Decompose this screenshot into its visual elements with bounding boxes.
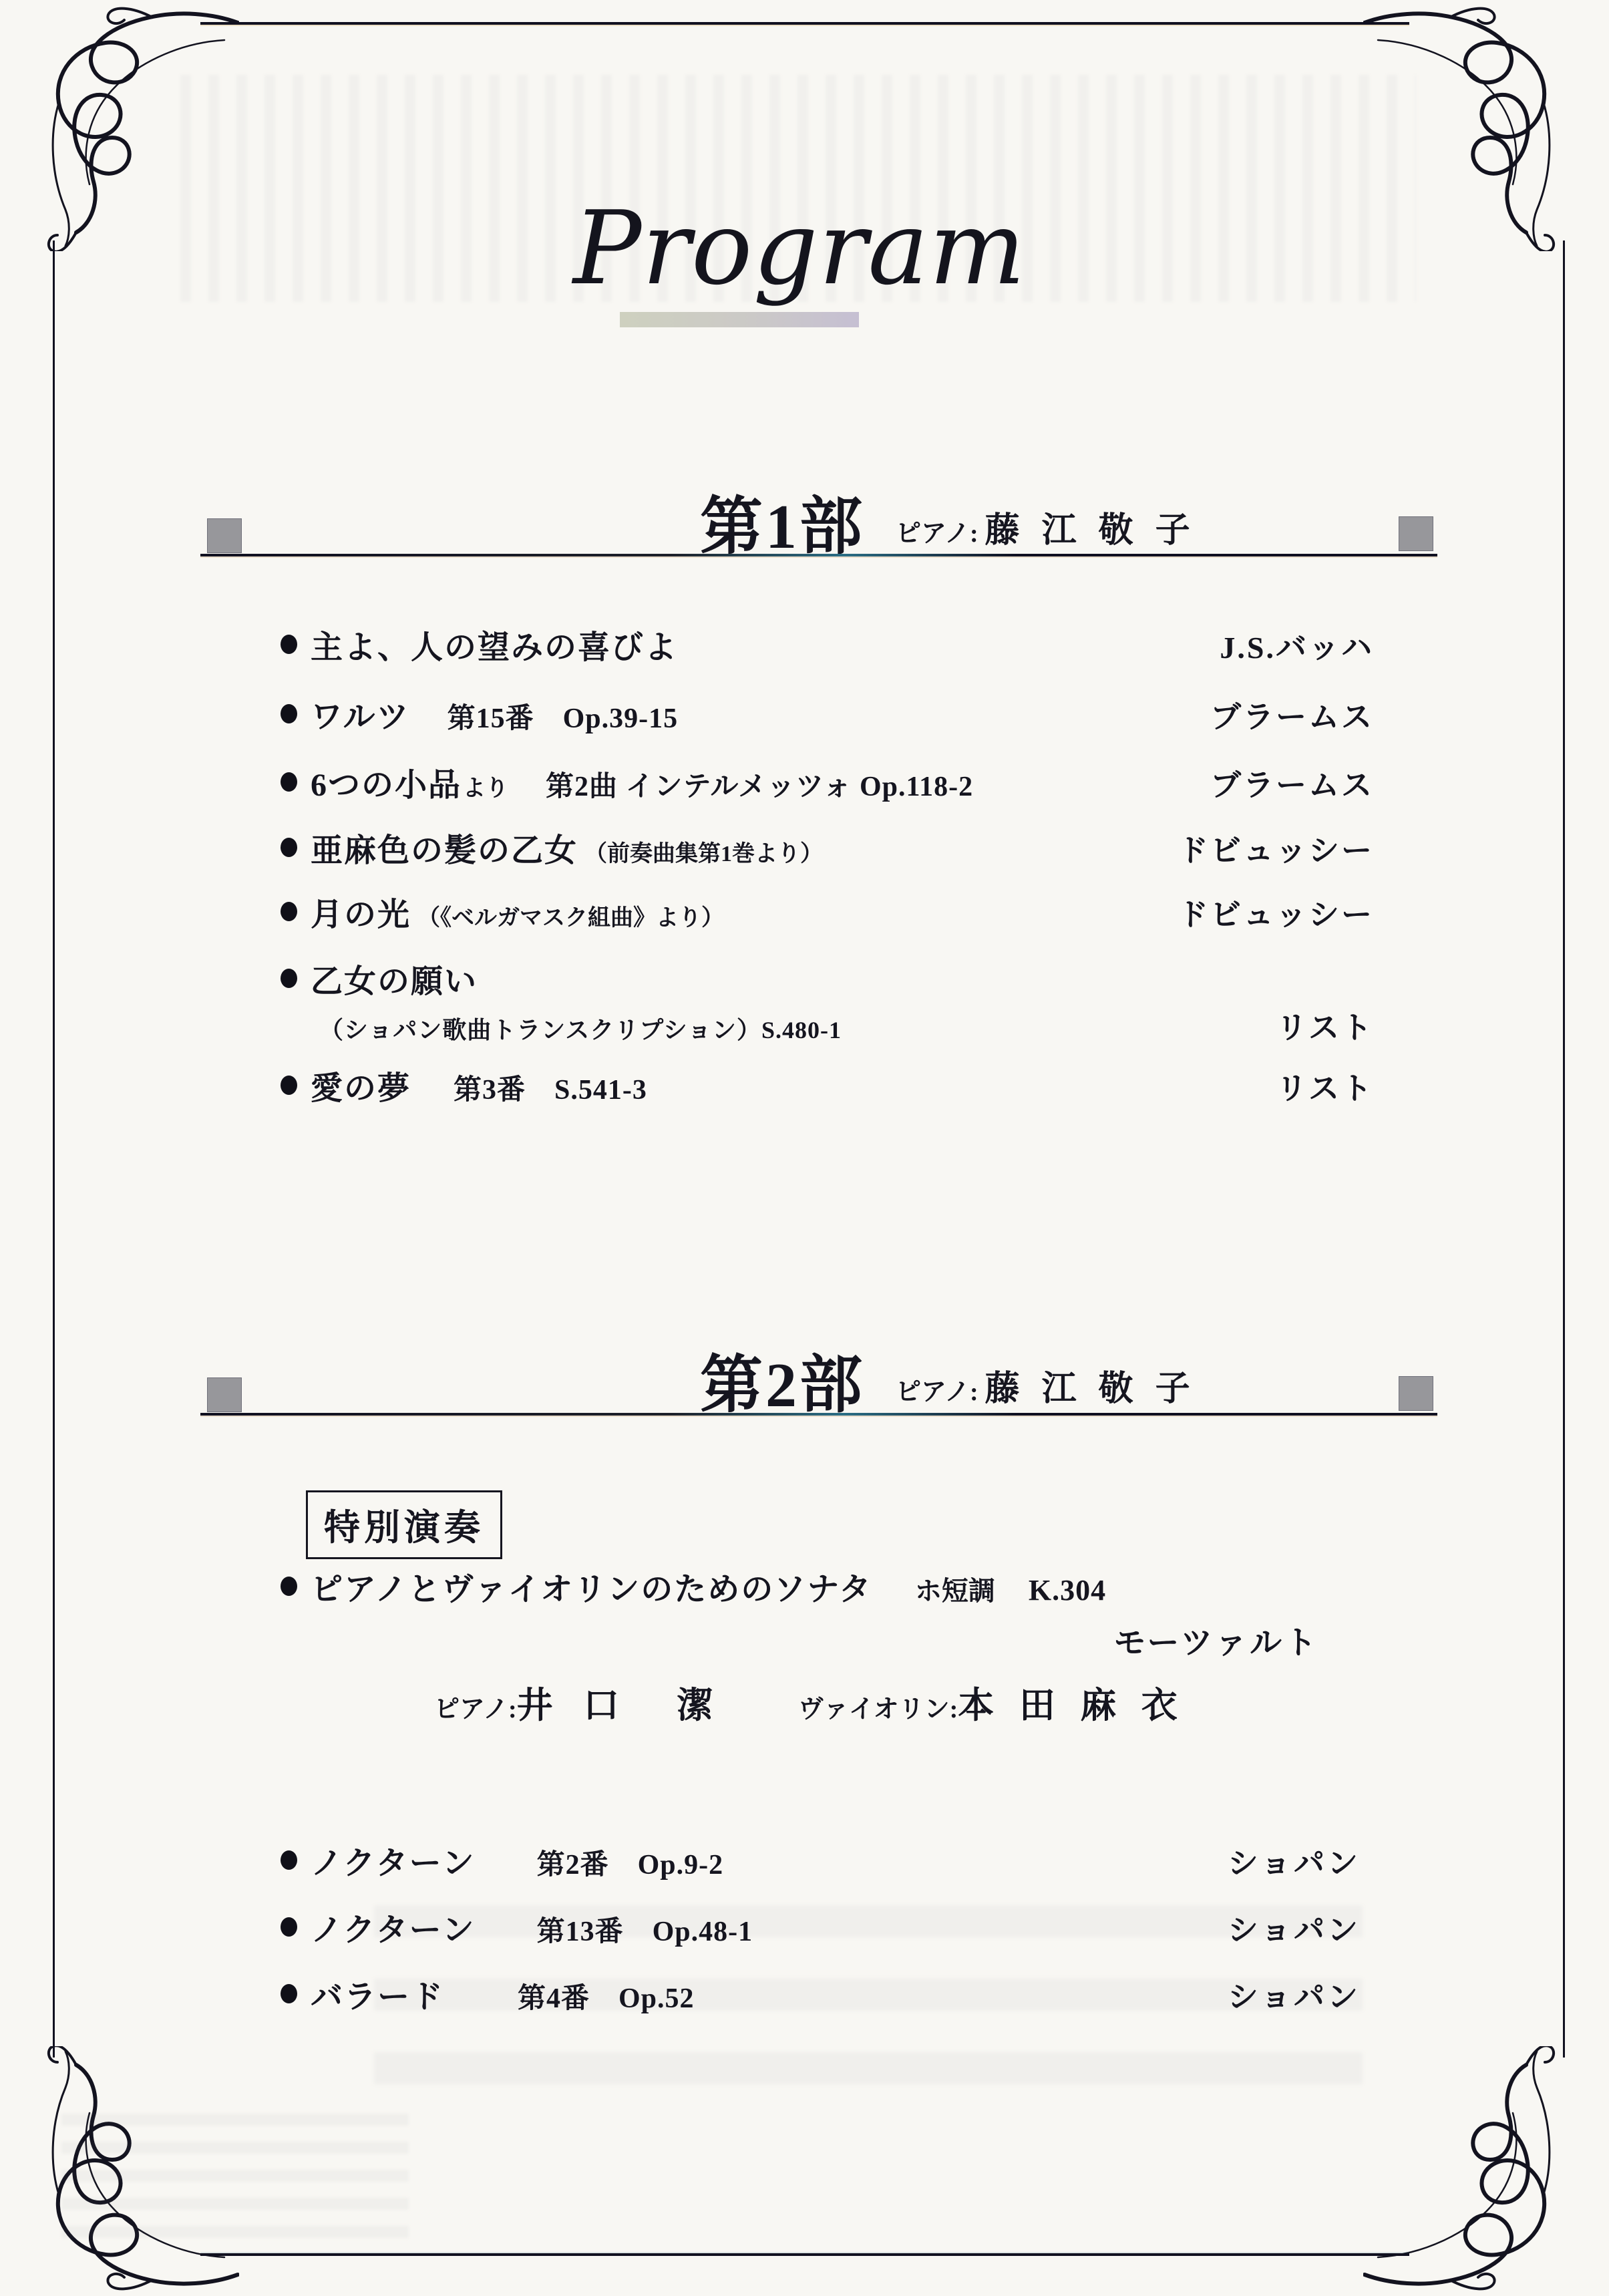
part1-rule (200, 554, 1437, 556)
frame-right-rule (1563, 240, 1565, 2058)
header-square-left (207, 1377, 242, 1412)
program-item: 乙女の願い (281, 955, 1374, 1001)
frame-top-rule (200, 22, 1409, 25)
violin-label: ヴァイオリン: (798, 1688, 958, 1725)
header-square-right (1399, 1376, 1433, 1411)
piece-note: （《ベルガマスク組曲》より） (417, 899, 724, 932)
composer: ドビュッシー (1178, 890, 1374, 935)
program-item: 亜麻色の髪の乙女 （前奏曲集第1巻より） ドビュッシー (281, 824, 1374, 870)
corner-flourish-bottom-right-icon (1363, 2046, 1590, 2295)
piece-title: 6つの小品 (311, 759, 462, 805)
part1-header: 第1部 ピアノ: 藤 江 敬 子 (700, 461, 1368, 556)
piece-title: 月の光 (311, 888, 411, 935)
sonata-performers: ピアノ: 井 口 潔 ヴァイオリン: 本 田 麻 衣 (434, 1677, 1186, 1728)
program-item: バラード 第4番 Op.52 ショパン (281, 1971, 1361, 2017)
piece-title: ワルツ (311, 691, 410, 737)
piano-label: ピアノ: (434, 1688, 517, 1725)
composer: ブラームス (1210, 693, 1374, 737)
piece-detail: 第2曲 インテルメッツォ Op.118-2 (546, 764, 973, 804)
bullet-icon (281, 1577, 297, 1596)
piece-title: 亜麻色の髪の乙女 (311, 824, 578, 870)
piece-note: （前奏曲集第1巻より） (584, 835, 823, 868)
piece-detail: 第15番 Op.39-15 (448, 696, 679, 736)
composer: リスト (1276, 1003, 1374, 1047)
piece-title: 主よ、人の望みの喜びよ (311, 621, 678, 667)
program-item: 愛の夢 第3番 S.541-3 リスト (281, 1062, 1374, 1108)
piece-detail: K.304 (1029, 1573, 1106, 1607)
part2-performer-name: 藤 江 敬 子 (985, 1360, 1197, 1410)
program-item: 主よ、人の望みの喜びよ J.S.バッハ (281, 621, 1374, 667)
bullet-icon (281, 902, 297, 921)
bullet-icon (281, 838, 297, 857)
part2-rule (200, 1413, 1437, 1416)
piece-detail: 第3番 S.541-3 (454, 1068, 647, 1108)
frame-left-rule (53, 240, 55, 2058)
part1-heading: 第1部 (700, 498, 865, 556)
bullet-icon (281, 704, 297, 723)
header-square-left (207, 518, 242, 553)
piece-note: より (463, 770, 508, 802)
part2-header: 第2部 ピアノ: 藤 江 敬 子 (700, 1319, 1368, 1414)
program-item: ワルツ 第15番 Op.39-15 ブラームス (281, 691, 1374, 737)
piece-title: ノクターン (311, 1837, 476, 1883)
header-square-right (1399, 516, 1433, 551)
piece-subtitle: （ショパン歌曲トランスクリプション）S.480-1 (319, 1011, 842, 1045)
piece-detail: 第2番 Op.9-2 (537, 1842, 724, 1882)
composer: モーツァルト (1113, 1617, 1319, 1663)
part2-performer: ピアノ: 藤 江 敬 子 (896, 1360, 1197, 1414)
composer: ショパン (1228, 1973, 1361, 2017)
concert-program-page: Program 第1部 ピアノ: 藤 江 敬 子 主よ、人の望みの喜びよ J.S… (0, 0, 1609, 2296)
composer: ショパン (1228, 1839, 1361, 1883)
piece-key: ホ短調 (915, 1570, 995, 1608)
bullet-icon (281, 969, 297, 988)
frame-bottom-rule (200, 2253, 1409, 2256)
composer: リスト (1276, 1064, 1374, 1108)
part1-performer: ピアノ: 藤 江 敬 子 (896, 502, 1197, 556)
program-item-line2: （ショパン歌曲トランスクリプション）S.480-1 リスト (319, 1003, 1374, 1047)
program-item: ピアノとヴァイオリンのためのソナタ ホ短調 K.304 (281, 1563, 1409, 1609)
program-item: ノクターン 第13番 Op.48-1 ショパン (281, 1904, 1361, 1950)
composer: J.S.バッハ (1220, 623, 1374, 667)
piece-detail: 第4番 Op.52 (518, 1976, 695, 2016)
corner-flourish-top-right-icon (1363, 3, 1590, 251)
piece-title: バラード (311, 1971, 444, 2017)
piano-performer-name: 井 口 潔 (517, 1677, 724, 1728)
piece-detail: 第13番 Op.48-1 (537, 1909, 753, 1949)
composer: ショパン (1228, 1906, 1361, 1950)
corner-flourish-bottom-left-icon (12, 2046, 239, 2295)
special-performance-badge: 特別演奏 (306, 1490, 502, 1559)
corner-flourish-top-left-icon (12, 3, 239, 251)
part2-performer-label: ピアノ: (896, 1371, 978, 1408)
violin-performer-name: 本 田 麻 衣 (958, 1677, 1186, 1728)
composer: ドビュッシー (1178, 826, 1374, 870)
bullet-icon (281, 1076, 297, 1095)
bullet-icon (281, 1984, 297, 2003)
program-item: ノクターン 第2番 Op.9-2 ショパン (281, 1837, 1361, 1883)
piece-title: 愛の夢 (311, 1062, 411, 1108)
bullet-icon (281, 772, 297, 792)
bullet-icon (281, 1850, 297, 1870)
title-underline-band (620, 312, 859, 327)
bullet-icon (281, 1917, 297, 1937)
program-item: 6つの小品 より 第2曲 インテルメッツォ Op.118-2 ブラームス (281, 759, 1374, 805)
piece-title: ノクターン (311, 1904, 476, 1950)
composer: ブラームス (1210, 761, 1374, 805)
part1-performer-name: 藤 江 敬 子 (985, 502, 1197, 552)
part2-heading: 第2部 (700, 1357, 865, 1414)
program-item: 月の光 （《ベルガマスク組曲》より） ドビュッシー (281, 888, 1374, 935)
piece-title: 乙女の願い (311, 955, 478, 1001)
page-title: Program (573, 192, 1041, 304)
piece-title: ピアノとヴァイオリンのためのソナタ (311, 1563, 872, 1609)
bullet-icon (281, 635, 297, 654)
part1-performer-label: ピアノ: (896, 512, 978, 549)
